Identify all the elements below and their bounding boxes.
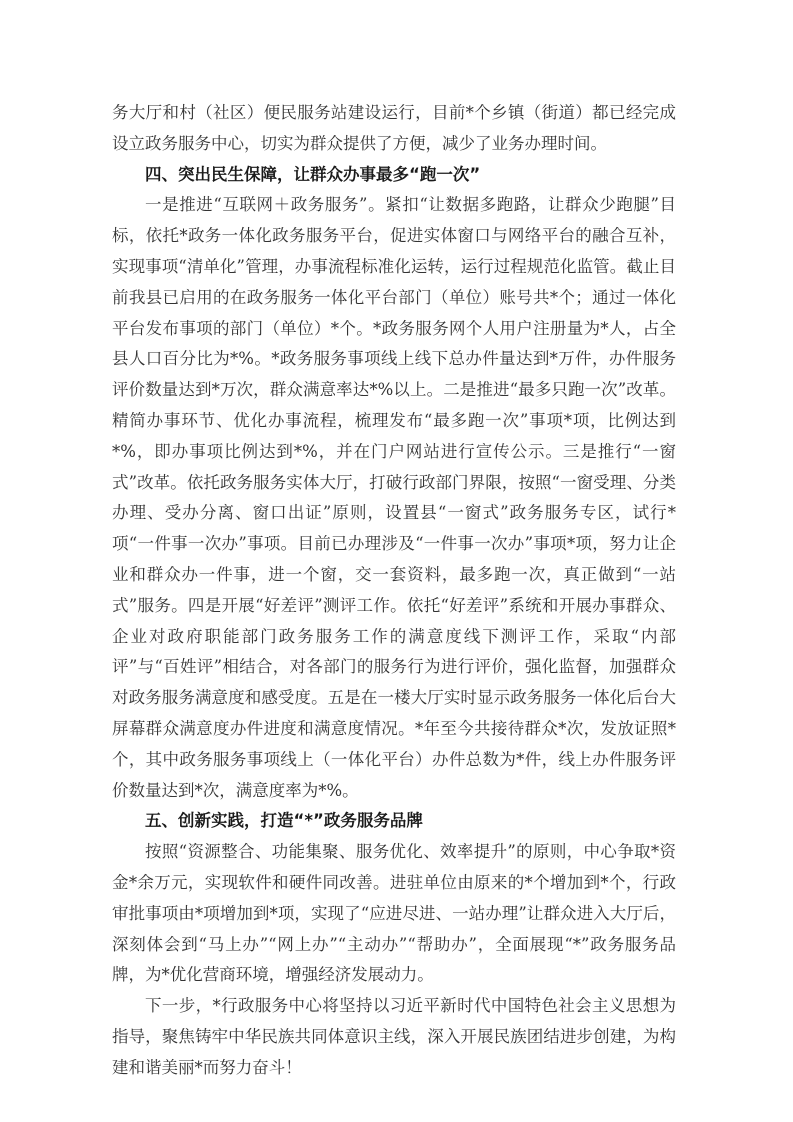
paragraph-continuation: 务大厅和村（社区）便民服务站建设运行，目前*个乡镇（街道）都已经完成设立政务服务… bbox=[112, 98, 676, 160]
paragraph-conclusion: 下一步，*行政服务中心将坚持以习近平新时代中国特色社会主义思想为指导，聚焦铸牢中… bbox=[112, 991, 676, 1083]
paragraph: 按照“资源整合、功能集聚、服务优化、效率提升”的原则，中心争取*资金*余万元，实… bbox=[112, 837, 676, 991]
section-heading-4: 四、突出民生保障，让群众办事最多“跑一次” bbox=[112, 160, 676, 191]
section-heading-5: 五、创新实践，打造“*”政务服务品牌 bbox=[112, 806, 676, 837]
document-page: 务大厅和村（社区）便民服务站建设运行，目前*个乡镇（街道）都已经完成设立政务服务… bbox=[112, 98, 676, 1084]
paragraph: 一是推进“互联网＋政务服务”。紧扣“让数据多跑路，让群众少跑腿”目标，依托*政务… bbox=[112, 190, 676, 806]
